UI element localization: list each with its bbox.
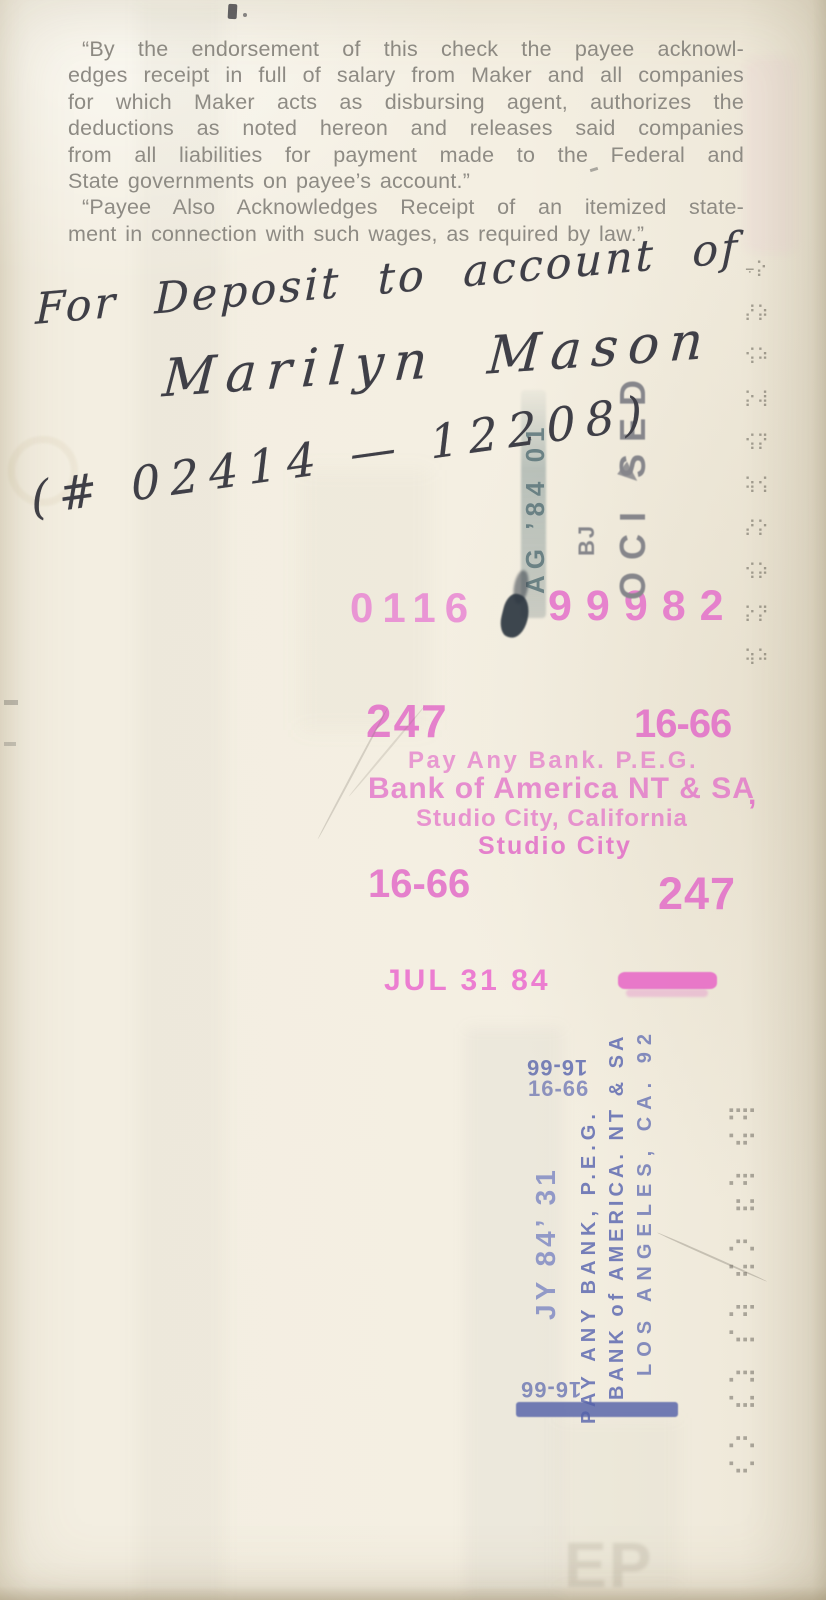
- endorsement-paragraph-1: “By the endorsement of this check the pa…: [68, 36, 744, 194]
- bleed-wash-column: [466, 1028, 562, 1600]
- dot-matrix-bleed-bottom: ⢎⡱ ⣎⣱ ⡎⢵ ⢮⡱ ⣖⢵ ⢮⢽: [726, 1098, 755, 1476]
- dot-matrix-bleed-column-entry: ⢪⠵: [744, 345, 769, 364]
- left-edge-mark-2: [4, 742, 16, 746]
- dot-matrix-bleed-column-entry: ⢪⡝: [744, 431, 769, 450]
- endorsement-paragraph-1-entry: deductions as noted hereon and releases …: [68, 115, 744, 141]
- pink-stamp-branch: Studio City: [478, 832, 632, 861]
- pink-transit-fraction-right: 16-66: [634, 702, 731, 747]
- top-edge-ink-mark: [228, 4, 238, 19]
- endorsement-paragraph-1-entry: from all liabilities for payment made to…: [68, 142, 744, 168]
- blue-redaction-bar: [516, 1402, 678, 1417]
- processed-stamp-prefix: BJ: [574, 524, 600, 556]
- dot-matrix-bleed-column-entry: ⡕⡝: [744, 603, 769, 622]
- dot-matrix-bleed-column-entry: ⨪⡕: [745, 258, 768, 278]
- pink-transit-fraction-left2: 16-66: [368, 862, 470, 907]
- endorsement-paragraph-1-entry: “By the endorsement of this check the pa…: [68, 36, 744, 62]
- pink-stamp-pay-any-bank: Pay Any Bank. P.E.G.: [408, 747, 698, 775]
- endorsement-paragraph-2-entry: “Payee Also Acknowledges Receipt of an i…: [68, 194, 744, 220]
- endorsement-paragraph-1-entry: for which Maker acts as disbursing agent…: [68, 89, 744, 115]
- dot-matrix-bleed-column-entry: ⢪⡵: [744, 560, 769, 579]
- pink-redaction-bar-smudge: [626, 989, 708, 997]
- paper-bottom-edge: [0, 1586, 826, 1600]
- endorsement-paragraph-1-entry: State governments on payee’s account.”: [68, 168, 744, 194]
- pink-bleed-top-right: [744, 58, 796, 253]
- left-edge-mark: [4, 700, 18, 705]
- dot-matrix-bleed-column-entry: ⢵⠵: [744, 646, 769, 665]
- blue-stamp-pay-any-bank: PAY ANY BANK, P.E.G.: [578, 1109, 601, 1424]
- pink-transit-number-right2: 247: [658, 868, 736, 920]
- top-edge-ink-dot: [243, 13, 247, 17]
- pink-redaction-bar: [618, 972, 717, 989]
- dot-matrix-bleed-column-entry: ⢵⢪: [744, 474, 769, 493]
- blue-stamp-bank-name: BANK of AMERICA. NT & SA: [606, 1033, 629, 1400]
- pink-stamp-city-state: Studio City, California: [416, 805, 688, 833]
- dot-matrix-bleed-column-entry: ⡜⡕: [744, 517, 769, 536]
- blue-stamp-city-state: LOS ANGELES, CA. 92: [634, 1027, 657, 1376]
- pink-date-stamp: JUL 31 84: [384, 964, 551, 998]
- endorsement-text: “By the endorsement of this check the pa…: [68, 36, 744, 247]
- dot-matrix-bleed-column-entry: ⡜⡵: [744, 302, 769, 321]
- endorsement-paragraph-1-entry: edges receipt in full of salary from Mak…: [68, 62, 744, 88]
- pink-stamp-bank-name: Bank of America NT & SA: [368, 772, 755, 806]
- check-back-scan: “By the endorsement of this check the pa…: [0, 0, 826, 1600]
- pink-stamp-comma-artifact: ,: [748, 778, 756, 812]
- dot-matrix-bleed-column-entry: ⡕⢼: [744, 388, 769, 407]
- dot-matrix-bleed-column: ⨪⡕⡜⡵⢪⠵⡕⢼⢪⡝⢵⢪⡜⡕⢪⡵⡕⡝⢵⠵: [744, 258, 769, 665]
- pink-serial-prefix: 0116: [350, 584, 477, 632]
